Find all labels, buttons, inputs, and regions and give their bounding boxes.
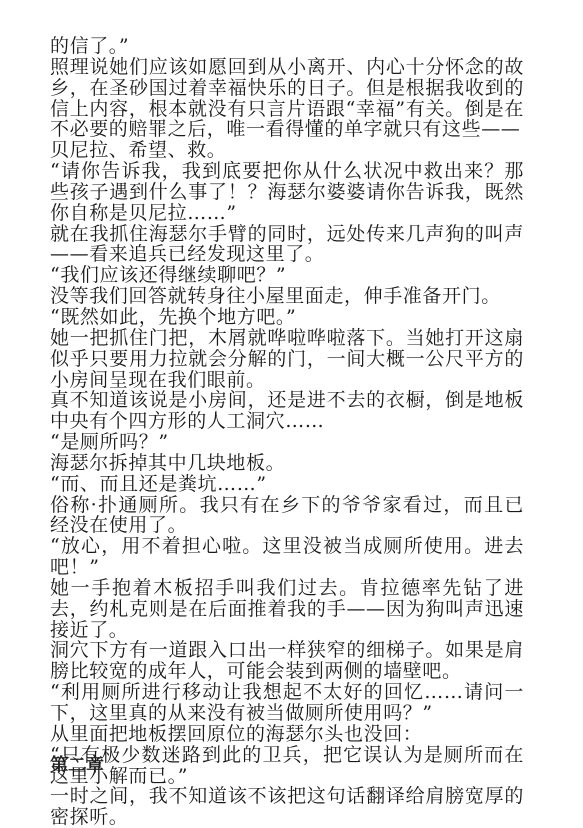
paragraph: 俗称·扑通厕所。我只有在乡下的爷爷家看过，而且已经没在使用了。	[50, 495, 524, 537]
paragraph: “而、而且还是粪坑……”	[50, 474, 524, 495]
paragraph: 海瑟尔拆掉其中几块地板。	[50, 453, 524, 474]
paragraph: 照理说她们应该如愿回到从小离开、内心十分怀念的故乡，在圣砂国过着幸福快乐的日子。…	[50, 57, 524, 140]
document-body: 的信了。” 照理说她们应该如愿回到从小离开、内心十分怀念的故乡，在圣砂国过着幸福…	[50, 36, 524, 828]
paragraph: 她一把抓住门把，木屑就哗啦哗啦落下。当她打开这扇似乎只要用力拉就会分解的门，一间…	[50, 328, 524, 391]
paragraph: “既然如此，先换个地方吧。”	[50, 307, 524, 328]
paragraph: 真不知道该说是小房间，还是进不去的衣橱，倒是地板中央有个四方形的人工洞穴……	[50, 390, 524, 432]
chapter-heading: 第二章	[50, 755, 104, 777]
paragraph: “请你告诉我，我到底要把你从什么状况中救出来？那些孩子遇到什么事了！？海瑟尔婆婆…	[50, 161, 524, 224]
paragraph: “我们应该还得继续聊吧？”	[50, 265, 524, 286]
paragraph: 她一手抱着木板招手叫我们过去。肯拉德率先钻了进去，约札克则是在后面推着我的手——…	[50, 578, 524, 641]
paragraph: 从里面把地板摆回原位的海瑟尔头也没回：	[50, 724, 524, 745]
paragraph: “放心，用不着担心啦。这里没被当成厕所使用。进去吧！”	[50, 536, 524, 578]
paragraph: 就在我抓住海瑟尔手臂的同时，远处传来几声狗的叫声——看来追兵已经发现这里了。	[50, 224, 524, 266]
paragraph: 贝尼拉、希望、救。	[50, 140, 524, 161]
paragraph: 洞穴下方有一道跟入口出一样狭窄的细梯子。如果是肩膀比较宽的成年人，可能会装到两侧…	[50, 640, 524, 682]
paragraph: 的信了。”	[50, 36, 524, 57]
paragraph: “只有极少数迷路到此的卫兵，把它误认为是厕所而在这里小解而已。”	[50, 745, 524, 787]
paragraph: “利用厕所进行移动让我想起不太好的回忆……请问一下，这里真的从来没有被当做厕所使…	[50, 682, 524, 724]
paragraph: “是厕所吗？”	[50, 432, 524, 453]
paragraph: 一时之间，我不知道该不该把这句话翻译给肩膀宽厚的密探听。	[50, 786, 524, 828]
paragraph: 没等我们回答就转身往小屋里面走，伸手准备开门。	[50, 286, 524, 307]
